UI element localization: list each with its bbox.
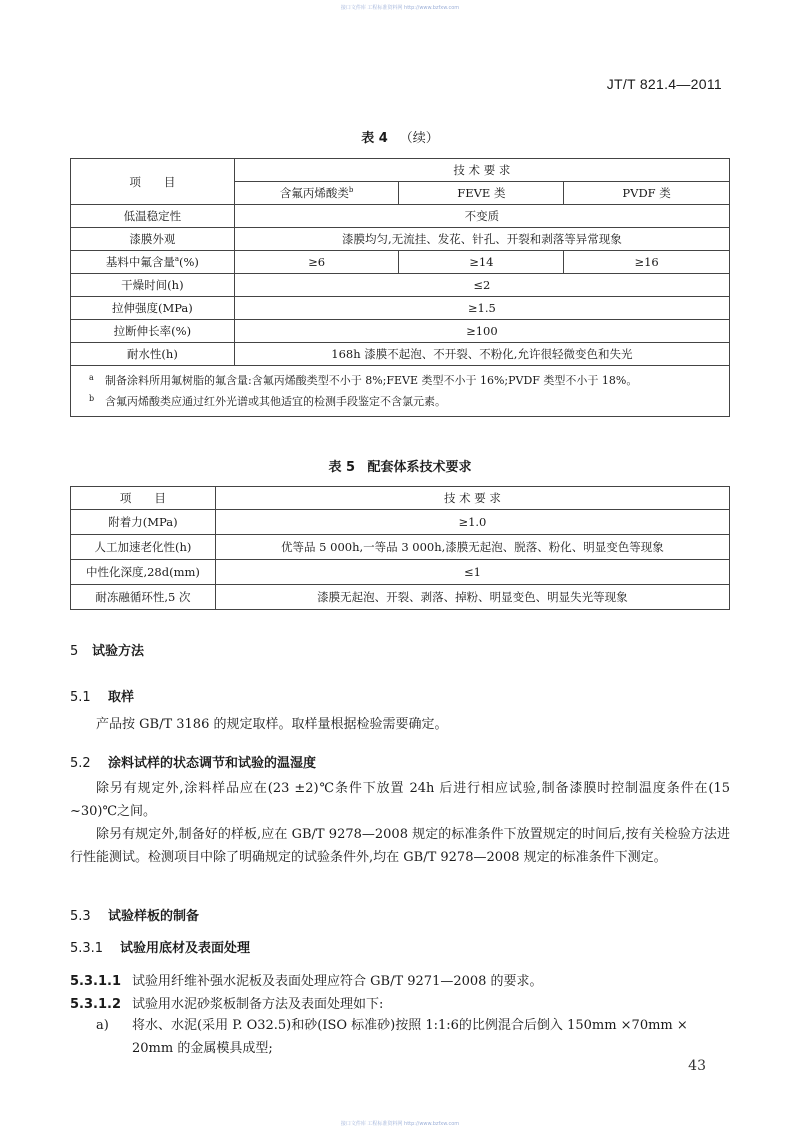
row-item: 漆膜外观 — [71, 228, 235, 251]
section-title: 取样 — [108, 690, 134, 705]
footnote-a-mark: a — [89, 367, 94, 388]
section-5-2-heading: 5.2涂料试样的状态调节和试验的温湿度 — [70, 752, 316, 771]
table-row: 低温稳定性 不变质 — [71, 205, 730, 228]
section-5-2-para2: 除另有规定外,制备好的样板,应在 GB/T 9278—2008 规定的标准条件下… — [70, 823, 730, 869]
row-value: ≥1.0 — [215, 510, 729, 535]
table4-header-col1-label: 含氟丙烯酸类 — [280, 186, 349, 200]
table4-notes: a 制备涂料所用氟树脂的氟含量:含氟丙烯酸类型不小于 8%;FEVE 类型不小于… — [71, 366, 730, 417]
section-number: 5.1 — [70, 690, 108, 705]
footnote-a: a 制备涂料所用氟树脂的氟含量:含氟丙烯酸类型不小于 8%;FEVE 类型不小于… — [89, 370, 719, 391]
section-title: 试验样板的制备 — [108, 909, 199, 924]
table-row: 中性化深度,28d(mm) ≤1 — [71, 560, 730, 585]
table4-title: 表 4（续） — [0, 127, 800, 146]
section-text: 试验用纤维补强水泥板及表面处理应符合 GB/T 9271—2008 的要求。 — [132, 974, 543, 989]
row-value: 漆膜无起泡、开裂、剥落、掉粉、明显变色、明显失光等现象 — [215, 585, 729, 610]
section-number: 5.3.1.1 — [70, 974, 132, 989]
notes-cell: a 制备涂料所用氟树脂的氟含量:含氟丙烯酸类型不小于 8%;FEVE 类型不小于… — [71, 366, 730, 417]
table5: 项 目 技 术 要 求 附着力(MPa) ≥1.0 人工加速老化性(h) 优等品… — [70, 486, 730, 610]
page-number: 43 — [688, 1058, 706, 1074]
row-item: 中性化深度,28d(mm) — [71, 560, 216, 585]
watermark-top: 接口文件库 工程标准资料网 http://www.bzfxw.com — [0, 4, 800, 11]
section-number: 5 — [70, 644, 92, 659]
table5-header-tech-req: 技 术 要 求 — [215, 487, 729, 510]
section-5-2-para1: 除另有规定外,涂料样品应在(23 ±2)℃条件下放置 24h 后进行相应试验,制… — [70, 777, 730, 823]
table-row: 耐水性(h) 168h 漆膜不起泡、不开裂、不粉化,允许很轻微变色和失光 — [71, 343, 730, 366]
footnote-b-marker: b — [349, 186, 353, 194]
row-value-col1: ≥6 — [234, 251, 399, 274]
table4-header-col1: 含氟丙烯酸类b — [234, 182, 399, 205]
row-value: ≥100 — [234, 320, 729, 343]
table-row: 漆膜外观 漆膜均匀,无流挂、发花、针孔、开裂和剥落等异常现象 — [71, 228, 730, 251]
table-row: 人工加速老化性(h) 优等品 5 000h,一等品 3 000h,漆膜无起泡、脱… — [71, 535, 730, 560]
section-number: 5.3.1.2 — [70, 997, 132, 1012]
section-title: 试验用底材及表面处理 — [120, 941, 250, 956]
section-5-3-1-1: 5.3.1.1试验用纤维补强水泥板及表面处理应符合 GB/T 9271—2008… — [70, 970, 543, 989]
table4-header-tech-req: 技 术 要 求 — [234, 159, 729, 182]
row-item: 附着力(MPa) — [71, 510, 216, 535]
row-value: ≤1 — [215, 560, 729, 585]
row-item: 耐冻融循环性,5 次 — [71, 585, 216, 610]
row-value: ≥1.5 — [234, 297, 729, 320]
table5-title-text: 配套体系技术要求 — [367, 460, 471, 475]
list-item: a) 将水、水泥(采用 P. O32.5)和砂(ISO 标准砂)按照 1:1:6… — [96, 1014, 730, 1060]
footnote-b-text: 含氟丙烯酸类应通过红外光谱或其他适宜的检测手段鉴定不含氯元素。 — [105, 395, 446, 408]
row-item: 基料中氟含量a(%) — [71, 251, 235, 274]
section-number: 5.3 — [70, 909, 108, 924]
table-row: 耐冻融循环性,5 次 漆膜无起泡、开裂、剥落、掉粉、明显变色、明显失光等现象 — [71, 585, 730, 610]
row-value: 不变质 — [234, 205, 729, 228]
row-item-unit: (%) — [179, 255, 199, 269]
row-value: ≤2 — [234, 274, 729, 297]
section-title: 试验方法 — [92, 644, 144, 659]
section-5-3-heading: 5.3试验样板的制备 — [70, 905, 199, 924]
row-value: 168h 漆膜不起泡、不开裂、不粉化,允许很轻微变色和失光 — [234, 343, 729, 366]
section-text: 试验用水泥砂浆板制备方法及表面处理如下: — [132, 997, 383, 1012]
list-item-label: a) — [96, 1014, 109, 1037]
table5-title: 表 5 配套体系技术要求 — [0, 456, 800, 475]
table-row: 拉断伸长率(%) ≥100 — [71, 320, 730, 343]
row-item: 干燥时间(h) — [71, 274, 235, 297]
table4-header-col2: FEVE 类 — [399, 182, 564, 205]
table4-header-item: 项 目 — [71, 159, 235, 205]
section-number: 5.3.1 — [70, 941, 120, 956]
row-item: 拉断伸长率(%) — [71, 320, 235, 343]
section-5-heading: 5试验方法 — [70, 640, 144, 659]
table5-title-number: 表 5 — [329, 460, 356, 475]
section-5-1-body: 产品按 GB/T 3186 的规定取样。取样量根据检验需要确定。 — [70, 713, 730, 736]
row-value-col2: ≥14 — [399, 251, 564, 274]
row-item-label: 基料中氟含量 — [106, 255, 175, 269]
section-5-3-1-2: 5.3.1.2试验用水泥砂浆板制备方法及表面处理如下: — [70, 993, 383, 1012]
table-row: 拉伸强度(MPa) ≥1.5 — [71, 297, 730, 320]
table4-title-continued: （续） — [400, 131, 439, 146]
table-row: 基料中氟含量a(%) ≥6 ≥14 ≥16 — [71, 251, 730, 274]
table4-title-number: 表 4 — [361, 131, 388, 146]
standard-code: JT/T 821.4—2011 — [607, 76, 722, 92]
row-item: 拉伸强度(MPa) — [71, 297, 235, 320]
table4-header-col3: PVDF 类 — [564, 182, 730, 205]
section-number: 5.2 — [70, 756, 108, 771]
row-value: 优等品 5 000h,一等品 3 000h,漆膜无起泡、脱落、粉化、明显变色等现… — [215, 535, 729, 560]
footnote-b-mark: b — [89, 388, 94, 409]
table-row: 干燥时间(h) ≤2 — [71, 274, 730, 297]
row-value-col3: ≥16 — [564, 251, 730, 274]
watermark-bottom: 接口文件库 工程标准资料网 http://www.bzfxw.com — [0, 1120, 800, 1127]
list-item-text: 将水、水泥(采用 P. O32.5)和砂(ISO 标准砂)按照 1:1:6的比例… — [132, 1014, 730, 1060]
footnote-b: b 含氟丙烯酸类应通过红外光谱或其他适宜的检测手段鉴定不含氯元素。 — [89, 391, 719, 412]
table-row: 附着力(MPa) ≥1.0 — [71, 510, 730, 535]
table5-header-item: 项 目 — [71, 487, 216, 510]
row-item: 人工加速老化性(h) — [71, 535, 216, 560]
row-value: 漆膜均匀,无流挂、发花、针孔、开裂和剥落等异常现象 — [234, 228, 729, 251]
section-5-3-1-heading: 5.3.1试验用底材及表面处理 — [70, 937, 250, 956]
row-item: 低温稳定性 — [71, 205, 235, 228]
footnote-a-text: 制备涂料所用氟树脂的氟含量:含氟丙烯酸类型不小于 8%;FEVE 类型不小于 1… — [105, 374, 637, 387]
section-5-1-heading: 5.1取样 — [70, 686, 134, 705]
row-item: 耐水性(h) — [71, 343, 235, 366]
section-title: 涂料试样的状态调节和试验的温湿度 — [108, 756, 316, 771]
table4: 项 目 技 术 要 求 含氟丙烯酸类b FEVE 类 PVDF 类 低温稳定性 … — [70, 158, 730, 417]
